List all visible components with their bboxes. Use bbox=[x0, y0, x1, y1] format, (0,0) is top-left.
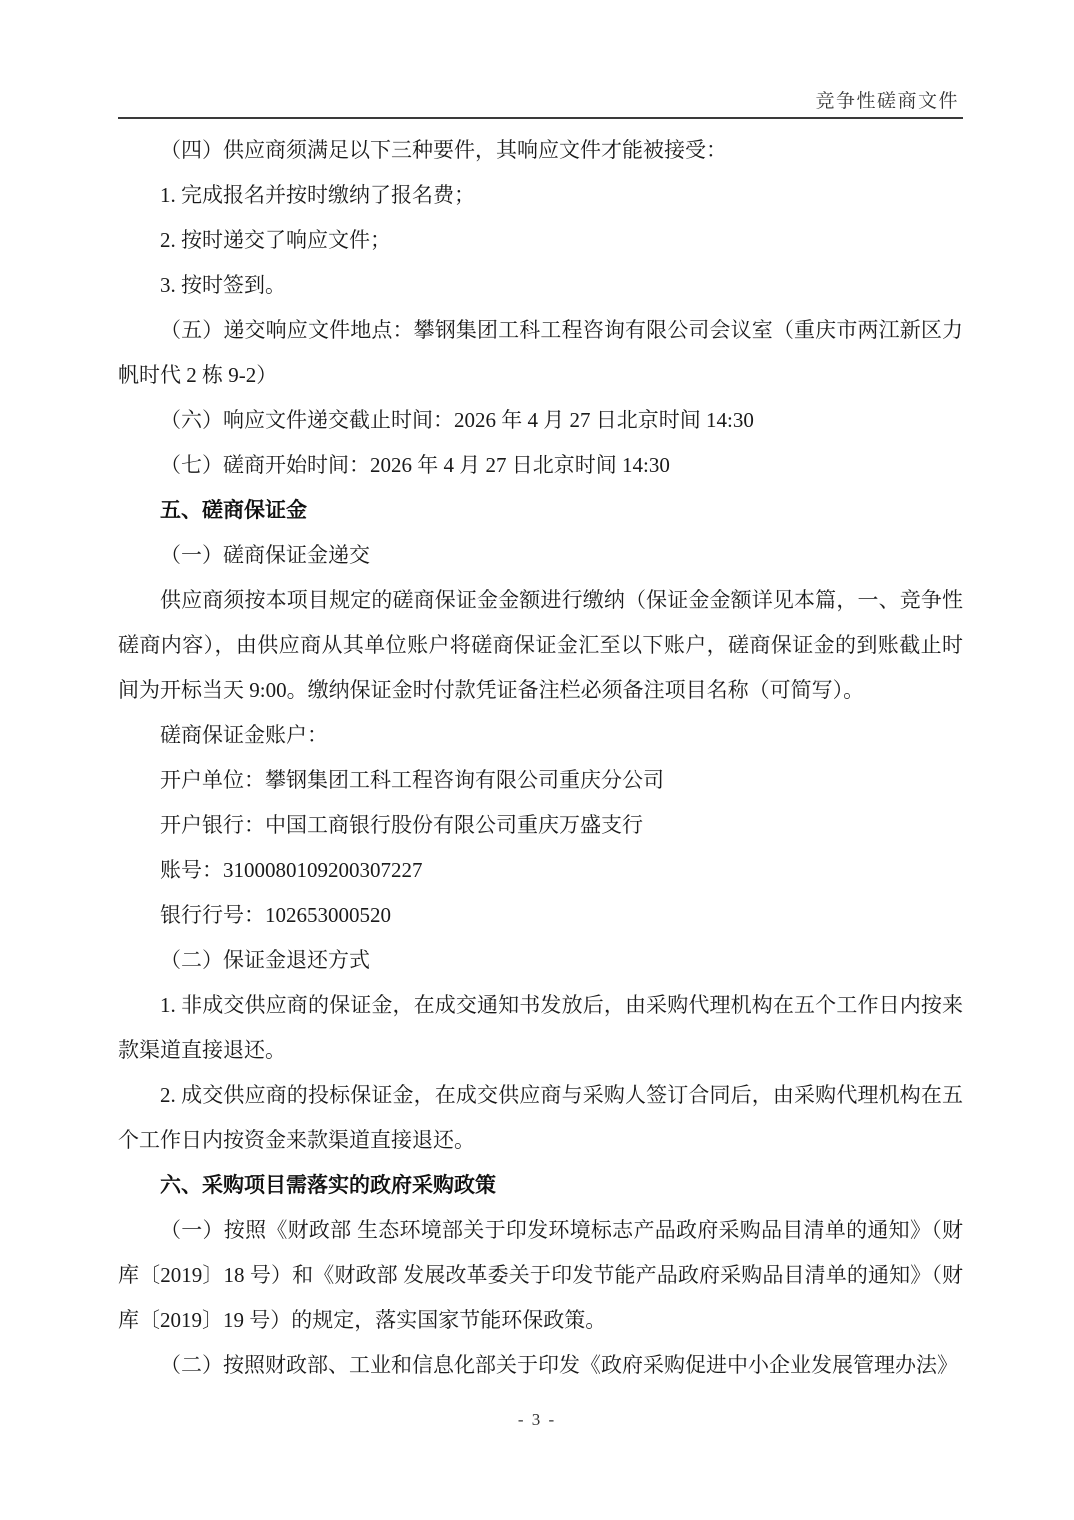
paragraph-item-5-location: （五）递交响应文件地点：攀钢集团工科工程咨询有限公司会议室（重庆市两江新区力帆时… bbox=[118, 308, 963, 398]
header-title: 竞争性磋商文件 bbox=[815, 86, 959, 113]
paragraph-policy-2: （二）按照财政部、工业和信息化部关于印发《政府采购促进中小企业发展管理办法》 bbox=[118, 1343, 963, 1388]
paragraph-item-7-start-time: （七）磋商开始时间：2026 年 4 月 27 日北京时间 14:30 bbox=[118, 443, 963, 488]
page-number: - 3 - bbox=[0, 1410, 1074, 1430]
paragraph-deposit-submission: （一）磋商保证金递交 bbox=[118, 533, 963, 578]
paragraph-bank-name: 开户银行：中国工商银行股份有限公司重庆万盛支行 bbox=[118, 803, 963, 848]
paragraph-refund-rule-2: 2. 成交供应商的投标保证金，在成交供应商与采购人签订合同后，由采购代理机构在五… bbox=[118, 1073, 963, 1163]
paragraph-account-holder: 开户单位：攀钢集团工科工程咨询有限公司重庆分公司 bbox=[118, 758, 963, 803]
paragraph-account-number: 账号：3100080109200307227 bbox=[118, 848, 963, 893]
paragraph-requirement-2: 2. 按时递交了响应文件； bbox=[118, 218, 963, 263]
paragraph-policy-1: （一）按照《财政部 生态环境部关于印发环境标志产品政府采购品目清单的通知》（财库… bbox=[118, 1208, 963, 1343]
document-page: 竞争性磋商文件 （四）供应商须满足以下三种要件，其响应文件才能被接受： 1. 完… bbox=[0, 0, 1074, 1520]
header-rule bbox=[118, 117, 963, 119]
paragraph-bank-code: 银行行号：102653000520 bbox=[118, 893, 963, 938]
paragraph-refund-rule-1: 1. 非成交供应商的保证金，在成交通知书发放后，由采购代理机构在五个工作日内按来… bbox=[118, 983, 963, 1073]
document-body: （四）供应商须满足以下三种要件，其响应文件才能被接受： 1. 完成报名并按时缴纳… bbox=[118, 128, 963, 1388]
paragraph-requirement-3: 3. 按时签到。 bbox=[118, 263, 963, 308]
paragraph-deposit-refund-heading: （二）保证金退还方式 bbox=[118, 938, 963, 983]
section-heading-5-deposit: 五、磋商保证金 bbox=[118, 488, 963, 533]
paragraph-item-6-deadline: （六）响应文件递交截止时间：2026 年 4 月 27 日北京时间 14:30 bbox=[118, 398, 963, 443]
paragraph-requirement-1: 1. 完成报名并按时缴纳了报名费； bbox=[118, 173, 963, 218]
paragraph-deposit-payment-terms: 供应商须按本项目规定的磋商保证金金额进行缴纳（保证金金额详见本篇，一、竞争性磋商… bbox=[118, 578, 963, 713]
section-heading-6-policies: 六、采购项目需落实的政府采购政策 bbox=[118, 1163, 963, 1208]
paragraph-item-4-requirements: （四）供应商须满足以下三种要件，其响应文件才能被接受： bbox=[118, 128, 963, 173]
paragraph-deposit-account-label: 磋商保证金账户： bbox=[118, 713, 963, 758]
